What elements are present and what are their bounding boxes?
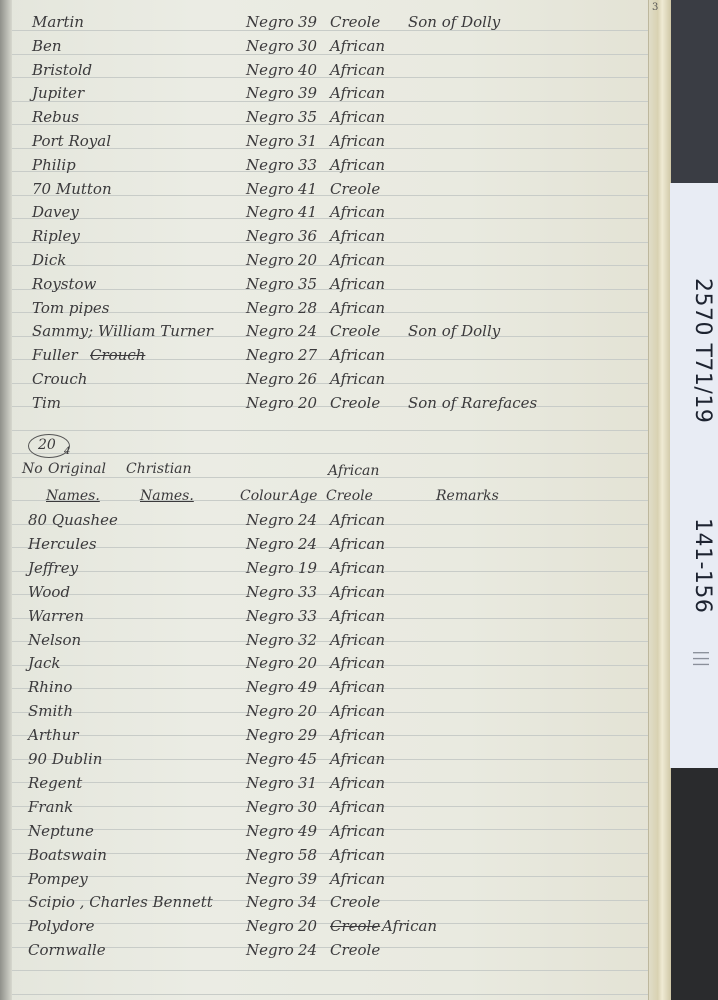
struck-out-name: Crouch (90, 348, 145, 363)
entry-colour: Negro (246, 372, 294, 387)
superscript: 4 (64, 447, 70, 457)
entry-age: 27 (298, 348, 317, 363)
entry-origin: Creole (330, 943, 380, 958)
entry-name: Roystow (32, 277, 96, 292)
entry-age: 34 (298, 895, 317, 910)
entry-name: Dick (32, 253, 66, 268)
entry-origin: Creole (330, 895, 380, 910)
entry-colour: Negro (246, 752, 294, 767)
entry-age: 30 (298, 800, 317, 815)
entry-name: Bristold (32, 63, 92, 78)
ruled-line (12, 453, 662, 454)
entry-name: Rhino (28, 680, 72, 695)
entry-name: Jack (28, 656, 60, 671)
entry-name: Wood (28, 585, 70, 600)
entry-name: Jupiter (32, 86, 84, 101)
header-no: No (22, 462, 43, 476)
entry-age: 20 (298, 919, 317, 934)
entry-name: Ripley (32, 229, 80, 244)
header-age: Age (290, 489, 317, 503)
circled-number-text: 20 (38, 438, 56, 452)
entry-origin: Creole (330, 15, 380, 30)
entry-name: Pompey (28, 872, 88, 887)
struck-out-origin: Creole (330, 919, 380, 934)
entry-colour: Negro (246, 229, 294, 244)
page-edges (648, 0, 671, 1000)
entry-origin: African (330, 680, 385, 695)
entry-age: 24 (298, 513, 317, 528)
entry-origin: African (330, 656, 385, 671)
entry-colour: Negro (246, 919, 294, 934)
entry-colour: Negro (246, 86, 294, 101)
entry-colour: Negro (246, 63, 294, 78)
entry-colour: Negro (246, 15, 294, 30)
entry-origin: Creole (330, 324, 380, 339)
entry-age: 41 (298, 205, 317, 220)
entry-age: 35 (298, 277, 317, 292)
entry-origin: African (382, 919, 437, 934)
entry-age: 29 (298, 728, 317, 743)
entry-age: 35 (298, 110, 317, 125)
entry-age: 31 (298, 776, 317, 791)
archive-page-range: 141-156 (690, 518, 715, 613)
entry-name: Polydore (28, 919, 94, 934)
entry-colour: Negro (246, 39, 294, 54)
entry-name: Port Royal (32, 134, 111, 149)
entry-colour: Negro (246, 728, 294, 743)
entry-colour: Negro (246, 633, 294, 648)
entry-origin: African (330, 205, 385, 220)
entry-origin: Creole (330, 396, 380, 411)
entry-origin: African (330, 110, 385, 125)
entry-name: Crouch (32, 372, 87, 387)
entry-remark: Son of Rarefaces (408, 396, 537, 411)
ledger-page: MartinNegro39CreoleSon of DollyBenNegro3… (0, 0, 662, 1000)
entry-colour: Negro (246, 110, 294, 125)
entry-name: 70 Mutton (32, 182, 112, 197)
entry-colour: Negro (246, 848, 294, 863)
entry-name: Cornwalle (28, 943, 106, 958)
entry-age: 19 (298, 561, 317, 576)
entry-name: Martin (32, 15, 84, 30)
entry-name: 90 Dublin (28, 752, 102, 767)
entry-age: 40 (298, 63, 317, 78)
entry-age: 20 (298, 704, 317, 719)
entry-origin: African (330, 728, 385, 743)
entry-origin: African (330, 704, 385, 719)
entry-colour: Negro (246, 513, 294, 528)
entry-origin: African (330, 800, 385, 815)
entry-name: Scipio , Charles Bennett (28, 895, 213, 910)
entry-origin: African (330, 537, 385, 552)
entry-colour: Negro (246, 656, 294, 671)
entry-colour: Negro (246, 134, 294, 149)
entry-name: Tom pipes (32, 301, 109, 316)
entry-age: 36 (298, 229, 317, 244)
entry-origin: African (330, 633, 385, 648)
entry-origin: African (330, 348, 385, 363)
entry-origin: African (330, 253, 385, 268)
entry-age: 20 (298, 656, 317, 671)
entry-name: Neptune (28, 824, 94, 839)
entry-origin: African (330, 609, 385, 624)
entry-age: 33 (298, 609, 317, 624)
entry-colour: Negro (246, 704, 294, 719)
entry-name: Jeffrey (28, 561, 78, 576)
entry-colour: Negro (246, 943, 294, 958)
entry-age: 49 (298, 680, 317, 695)
entry-remark: Son of Dolly (408, 324, 500, 339)
entry-name: Fuller (32, 348, 78, 363)
entry-origin: African (330, 372, 385, 387)
entry-name: Regent (28, 776, 82, 791)
entry-name: Nelson (28, 633, 81, 648)
entry-age: 33 (298, 158, 317, 173)
entry-age: 31 (298, 134, 317, 149)
entry-name: Hercules (28, 537, 97, 552)
entry-name: Philip (32, 158, 76, 173)
entry-age: 32 (298, 633, 317, 648)
entry-age: 24 (298, 537, 317, 552)
entry-colour: Negro (246, 609, 294, 624)
entry-colour: Negro (246, 158, 294, 173)
entry-name: Ben (32, 39, 62, 54)
entry-origin: African (330, 752, 385, 767)
entry-colour: Negro (246, 277, 294, 292)
entry-colour: Negro (246, 872, 294, 887)
entry-origin: African (330, 561, 385, 576)
entry-colour: Negro (246, 800, 294, 815)
entry-name: Smith (28, 704, 73, 719)
entry-origin: African (330, 848, 385, 863)
entry-age: 39 (298, 872, 317, 887)
entry-colour: Negro (246, 205, 294, 220)
entry-origin: Creole (330, 182, 380, 197)
entry-origin: African (330, 39, 385, 54)
entry-age: 58 (298, 848, 317, 863)
entry-age: 28 (298, 301, 317, 316)
entry-colour: Negro (246, 396, 294, 411)
archive-reference: 2570 T71/19 (690, 278, 715, 423)
entry-origin: African (330, 301, 385, 316)
entry-origin: African (330, 513, 385, 528)
entry-name: Sammy; William Turner (32, 324, 213, 339)
entry-age: 41 (298, 182, 317, 197)
entry-age: 45 (298, 752, 317, 767)
entry-age: 24 (298, 943, 317, 958)
header-names-original: Names. (46, 489, 100, 503)
entry-origin: African (330, 776, 385, 791)
entry-origin: African (330, 277, 385, 292)
header-colour: Colour (240, 489, 288, 503)
entry-age: 20 (298, 396, 317, 411)
entry-colour: Negro (246, 824, 294, 839)
entry-colour: Negro (246, 253, 294, 268)
archive-label-card (670, 183, 718, 768)
entry-age: 20 (298, 253, 317, 268)
entry-age: 24 (298, 324, 317, 339)
ruled-line (12, 970, 662, 971)
entry-age: 30 (298, 39, 317, 54)
entry-age: 49 (298, 824, 317, 839)
entry-colour: Negro (246, 561, 294, 576)
entry-origin: African (330, 872, 385, 887)
entry-origin: African (330, 86, 385, 101)
entry-origin: African (330, 824, 385, 839)
entry-name: Boatswain (28, 848, 107, 863)
entry-colour: Negro (246, 537, 294, 552)
entry-name: Davey (32, 205, 79, 220)
entry-name: Tim (32, 396, 61, 411)
entry-origin: African (330, 63, 385, 78)
entry-name: 80 Quashee (28, 513, 118, 528)
entry-colour: Negro (246, 776, 294, 791)
entry-age: 39 (298, 15, 317, 30)
entry-origin: African (330, 158, 385, 173)
archive-tally: ||| (693, 650, 712, 668)
entry-colour: Negro (246, 585, 294, 600)
entry-colour: Negro (246, 895, 294, 910)
header-original: Original (48, 462, 106, 476)
entry-colour: Negro (246, 348, 294, 363)
entry-name: Frank (28, 800, 73, 815)
entry-remark: Son of Dolly (408, 15, 500, 30)
header-names-christian: Names. (140, 489, 194, 503)
entry-age: 33 (298, 585, 317, 600)
entry-origin: African (330, 229, 385, 244)
entry-origin: African (330, 585, 385, 600)
header-christian: Christian (126, 462, 192, 476)
entry-origin: African (330, 134, 385, 149)
header-origin-top: African (328, 464, 379, 478)
folio-mark: 3 (652, 2, 658, 13)
ruled-line (12, 994, 662, 995)
header-origin-bottom: Creole (326, 489, 373, 503)
entry-colour: Negro (246, 301, 294, 316)
ruled-line (12, 430, 662, 431)
entry-age: 39 (298, 86, 317, 101)
entry-colour: Negro (246, 182, 294, 197)
entry-name: Arthur (28, 728, 79, 743)
entry-colour: Negro (246, 324, 294, 339)
entry-name: Rebus (32, 110, 79, 125)
header-remarks: Remarks (436, 489, 499, 503)
entry-age: 26 (298, 372, 317, 387)
entry-colour: Negro (246, 680, 294, 695)
entry-name: Warren (28, 609, 84, 624)
